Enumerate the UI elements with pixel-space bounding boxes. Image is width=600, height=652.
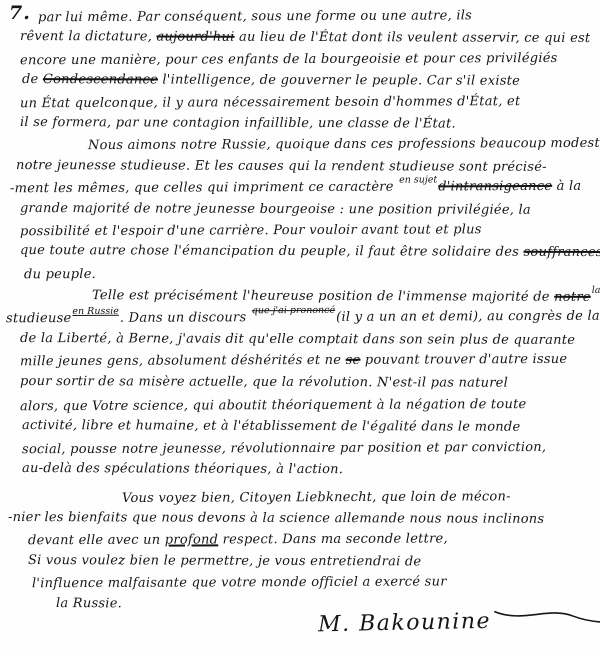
handwritten-text: studieuse bbox=[6, 311, 72, 326]
manuscript-line: rêvent la dictature, aujourd'hui au lieu… bbox=[20, 26, 600, 49]
manuscript-line: du peuple. bbox=[24, 261, 600, 285]
handwritten-text: social, pousse notre jeunesse, révolutio… bbox=[22, 440, 546, 457]
manuscript-line: il se formera, par une contagion infaill… bbox=[20, 112, 600, 135]
manuscript-line: activité, libre et humaine, et à l'établ… bbox=[22, 415, 600, 438]
handwritten-text: grande majorité de notre jeunesse bourge… bbox=[20, 201, 531, 218]
handwritten-text: pour sortir de sa misère actuelle, que l… bbox=[20, 374, 508, 391]
handwritten-text: profond bbox=[165, 533, 219, 548]
manuscript-line: devant elle avec un profond respect. Dan… bbox=[28, 528, 600, 552]
handwritten-text: la bbox=[592, 285, 600, 296]
handwritten-text: encore une manière, pour ces enfants de … bbox=[20, 51, 558, 68]
handwritten-text: respect. Dans ma seconde lettre, bbox=[218, 532, 448, 548]
handwritten-text: Vous voyez bien, Citoyen Liebknecht, que… bbox=[122, 489, 511, 506]
handwritten-text: en sujet bbox=[399, 175, 437, 186]
manuscript-line: par lui même. Par conséquent, sous une f… bbox=[38, 5, 600, 29]
handwritten-text: il se formera, par une contagion infaill… bbox=[20, 115, 456, 132]
handwritten-text: au-delà des spéculations théoriques, à l… bbox=[22, 461, 343, 477]
handwritten-text: alors, que Votre science, qui aboutit th… bbox=[20, 397, 527, 414]
manuscript-line: Vous voyez bien, Citoyen Liebknecht, que… bbox=[122, 486, 600, 509]
manuscript-line: Nous aimons notre Russie, quoique dans c… bbox=[88, 133, 600, 157]
manuscript-line: social, pousse notre jeunesse, révolutio… bbox=[22, 437, 600, 461]
handwritten-text: . Dans un discours bbox=[120, 311, 251, 327]
handwritten-text: un État quelconque, il y aura nécessaire… bbox=[20, 94, 520, 111]
handwritten-text: possibilité et l'espoir d'une carrière. … bbox=[20, 222, 482, 239]
handwritten-text: l'influence malfaisante que votre monde … bbox=[32, 575, 447, 592]
handwritten-text: par lui même. Par conséquent, sous une f… bbox=[38, 8, 472, 25]
handwritten-text: Telle est précisément l'heureuse positio… bbox=[92, 288, 554, 305]
handwritten-text: Condescendance bbox=[43, 72, 158, 87]
manuscript-line: grande majorité de notre jeunesse bourge… bbox=[20, 198, 600, 221]
handwritten-text: devant elle avec un bbox=[28, 533, 165, 549]
manuscript-line: Telle est précisément l'heureuse positio… bbox=[92, 285, 600, 308]
manuscript-line: encore une manière, pour ces enfants de … bbox=[20, 48, 600, 72]
handwritten-text: que toute autre chose l'émancipation du … bbox=[20, 243, 524, 260]
handwritten-text: de bbox=[22, 72, 43, 87]
handwritten-text: activité, libre et humaine, et à l'établ… bbox=[22, 418, 520, 435]
handwritten-text: Nous aimons notre Russie, quoique dans c… bbox=[88, 136, 600, 153]
handwritten-text: pouvant trouver d'autre issue bbox=[360, 352, 567, 368]
handwritten-text: à la bbox=[552, 179, 581, 194]
manuscript-line: -ment les mêmes, que celles qui imprimen… bbox=[10, 176, 600, 200]
handwritten-text: que j'ai prononcé bbox=[252, 305, 335, 316]
handwritten-text: aujourd'hui bbox=[156, 30, 234, 45]
manuscript-line: l'influence malfaisante que votre monde … bbox=[32, 571, 600, 595]
handwritten-text: (il y a un an et demi), au congrès de la… bbox=[336, 309, 600, 325]
handwritten-text: souffrances bbox=[523, 245, 600, 260]
handwritten-text: notre bbox=[554, 290, 591, 305]
manuscript-line: pour sortir de sa misère actuelle, que l… bbox=[20, 371, 600, 394]
manuscript-line: au-delà des spéculations théoriques, à l… bbox=[22, 458, 600, 481]
signature-flourish-stroke bbox=[493, 599, 600, 628]
handwritten-text: mille jeunes gens, absolument déshérités… bbox=[20, 353, 346, 369]
manuscript-line: de Condescendance l'intelligence, de gou… bbox=[22, 69, 600, 92]
handwritten-text: -ment les mêmes, que celles qui imprimen… bbox=[10, 180, 398, 197]
manuscript-line: -nier les bienfaits que nous devons à la… bbox=[8, 507, 600, 530]
handwritten-text: l'intelligence, de gouverner le peuple. … bbox=[158, 73, 520, 89]
handwritten-text: Si vous voulez bien le permettre, je vou… bbox=[28, 553, 421, 569]
handwritten-text: d'intransigeance bbox=[438, 179, 552, 194]
manuscript-line: Si vous voulez bien le permettre, je vou… bbox=[28, 550, 600, 573]
handwritten-text: en Russie bbox=[72, 306, 119, 317]
handwritten-text: -nier les bienfaits que nous devons à la… bbox=[8, 510, 544, 527]
manuscript-line: alors, que Votre science, qui aboutit th… bbox=[20, 394, 600, 418]
manuscript-line: possibilité et l'espoir d'une carrière. … bbox=[20, 219, 600, 243]
handwritten-text: au lieu de l'État dont ils veulent asser… bbox=[235, 30, 591, 46]
manuscript-page: 7. par lui même. Par conséquent, sous un… bbox=[0, 0, 600, 652]
manuscript-line: notre jeunesse studieuse. Et les causes … bbox=[16, 155, 600, 178]
handwritten-text: de la Liberté, à Berne, j'avais dit qu'e… bbox=[20, 331, 575, 348]
manuscript-line: un État quelconque, il y aura nécessaire… bbox=[20, 90, 600, 114]
handwritten-text: du peuple. bbox=[24, 267, 96, 282]
handwritten-text: se bbox=[346, 353, 361, 368]
signature-block: M. Bakounine bbox=[318, 599, 600, 638]
manuscript-body: par lui même. Par conséquent, sous une f… bbox=[0, 6, 600, 615]
signature: M. Bakounine bbox=[318, 609, 491, 638]
manuscript-line: studieuseen Russie. Dans un discours que… bbox=[6, 306, 600, 330]
manuscript-line: de la Liberté, à Berne, j'avais dit qu'e… bbox=[20, 328, 600, 351]
handwritten-text: rêvent la dictature, bbox=[20, 29, 157, 44]
manuscript-line: mille jeunes gens, absolument déshérités… bbox=[20, 349, 600, 373]
manuscript-line: que toute autre chose l'émancipation du … bbox=[20, 240, 600, 263]
handwritten-text: la Russie. bbox=[56, 596, 122, 611]
handwritten-text: notre jeunesse studieuse. Et les causes … bbox=[16, 158, 547, 175]
